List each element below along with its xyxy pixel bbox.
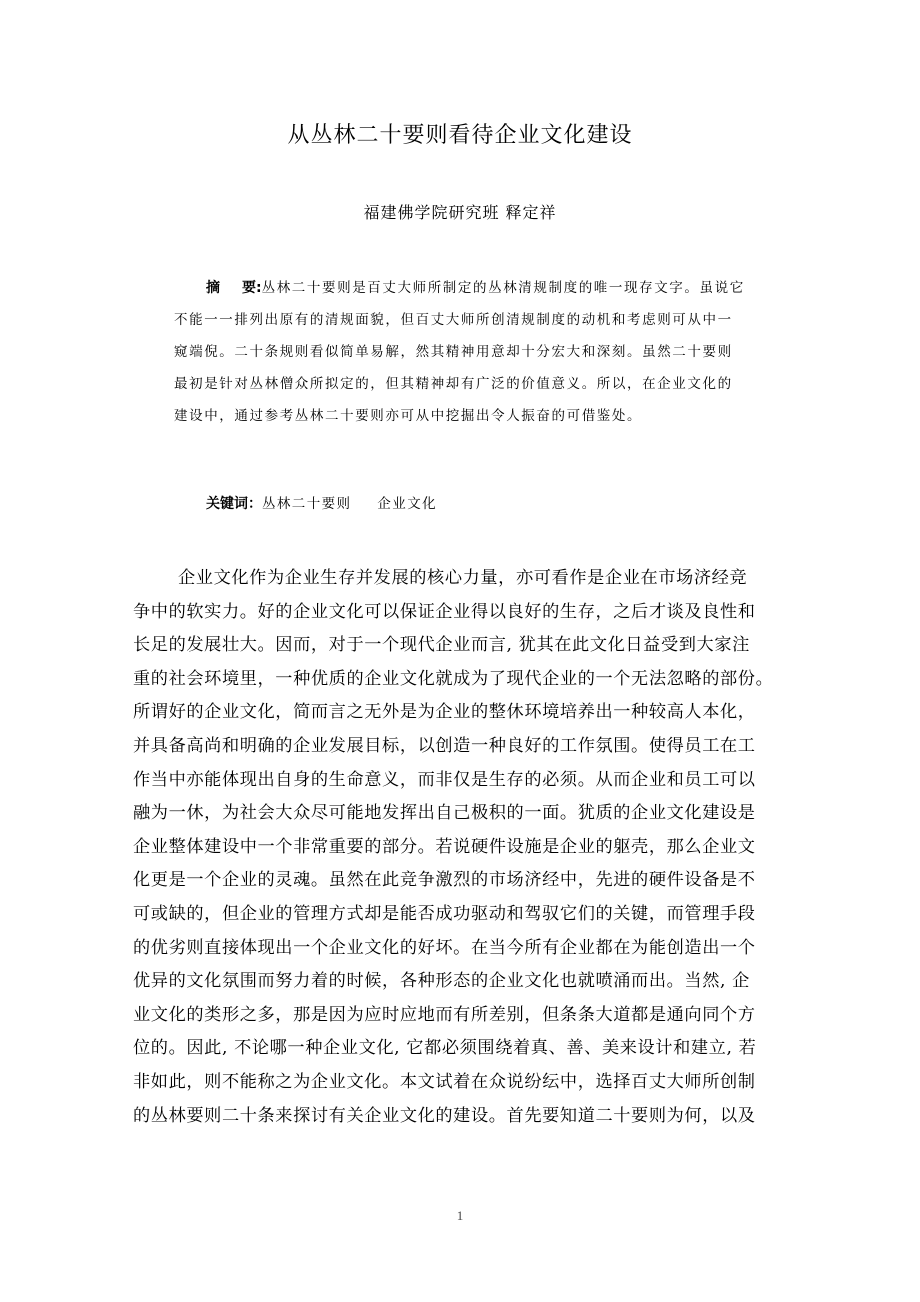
body-line: 融为一休，为社会大众尽可能地发挥出自己极积的一面。犹质的企业文化建设是 <box>133 797 803 831</box>
keyword-item: 丛林二十要则 <box>262 496 351 512</box>
body-line: 非如此，则不能称之为企业文化。本文试着在众说纷纭中，选择百丈大师所创制 <box>133 1066 803 1100</box>
abstract-line: 不能一一排列出原有的清规面貌，但百丈大师所创清规制度的动机和考虑则可从中一 <box>174 304 794 336</box>
document-title: 从丛林二十要则看待企业文化建设 <box>0 118 920 154</box>
abstract-line: 建设中，通过参考丛林二十要则亦可从中挖掘出令人振奋的可借鉴处。 <box>174 400 794 432</box>
body-line: 所谓好的企业文化，简而言之无外是为企业的整休环境培养出一种较高人本化， <box>133 696 803 730</box>
keyword-item: 企业文化 <box>377 496 437 512</box>
abstract-line: 最初是针对丛林僧众所拟定的，但其精神却有广泛的价值意义。所以，在企业文化的 <box>174 368 794 400</box>
body-line: 可或缺的，但企业的管理方式却是能否成功驱动和驾驭它们的关键，而管理手段 <box>133 898 803 932</box>
body-line: 企业整体建设中一个非常重要的部分。若说硬件设施是企业的躯壳，那么企业文 <box>133 831 803 865</box>
body-line: 企业文化作为企业生存并发展的核心力量，亦可看作是企业在市场济经竞 <box>133 562 803 596</box>
body-line: 的丛林要则二十条来探讨有关企业文化的建设。首先要知道二十要则为何，以及 <box>133 1100 803 1134</box>
abstract-section: 摘要:丛林二十要则是百丈大师所制定的丛林清规制度的唯一现存文字。虽说它 不能一一… <box>174 272 794 432</box>
body-line: 业文化的类形之多，那是因为应时应地而有所差别，但条条大道都是通向同个方 <box>133 999 803 1033</box>
abstract-label: 摘要: <box>206 280 262 296</box>
body-line: 作当中亦能体现出自身的生命意义，而非仅是生存的必须。从而企业和员工可以 <box>133 764 803 798</box>
abstract-line: 摘要:丛林二十要则是百丈大师所制定的丛林清规制度的唯一现存文字。虽说它 <box>174 272 794 304</box>
body-line: 并具备高尚和明确的企业发展目标，以创造一种良好的工作氛围。使得员工在工 <box>133 730 803 764</box>
keywords-label: 关键词： <box>206 496 262 512</box>
author-line: 福建佛学院研究班 释定祥 <box>0 200 920 226</box>
body-line: 的优劣则直接体现出一个企业文化的好坏。在当今所有企业都在为能创造出一个 <box>133 932 803 966</box>
body-line: 争中的软实力。好的企业文化可以保证企业得以良好的生存，之后才谈及良性和 <box>133 596 803 630</box>
body-line: 优异的文化氛围而努力着的时候，各种形态的企业文化也就喷涌而出。当然, 企 <box>133 965 803 999</box>
body-line: 位的。因此, 不论哪一种企业文化, 它都必须围绕着真、善、美来设计和建立, 若 <box>133 1032 803 1066</box>
abstract-text: 丛林二十要则是百丈大师所制定的丛林清规制度的唯一现存文字。虽说它 <box>262 280 745 296</box>
body-line: 重的社会环境里，一种优质的企业文化就成为了现代企业的一个无法忽略的部份。 <box>133 663 803 697</box>
body-line: 长足的发展壮大。因而，对于一个现代企业而言, 犹其在此文化日益受到大家注 <box>133 629 803 663</box>
body-line: 化更是一个企业的灵魂。虽然在此竞争激烈的市场济经中，先进的硬件设备是不 <box>133 864 803 898</box>
keywords-section: 关键词：丛林二十要则企业文化 <box>206 490 437 518</box>
page-number: 1 <box>0 1208 920 1224</box>
body-paragraph: 企业文化作为企业生存并发展的核心力量，亦可看作是企业在市场济经竞 争中的软实力。… <box>133 562 803 1133</box>
abstract-line: 窥端倪。二十条规则看似简单易解，然其精神用意却十分宏大和深刻。虽然二十要则 <box>174 336 794 368</box>
document-page: 从丛林二十要则看待企业文化建设 福建佛学院研究班 释定祥 摘要:丛林二十要则是百… <box>0 0 920 1302</box>
